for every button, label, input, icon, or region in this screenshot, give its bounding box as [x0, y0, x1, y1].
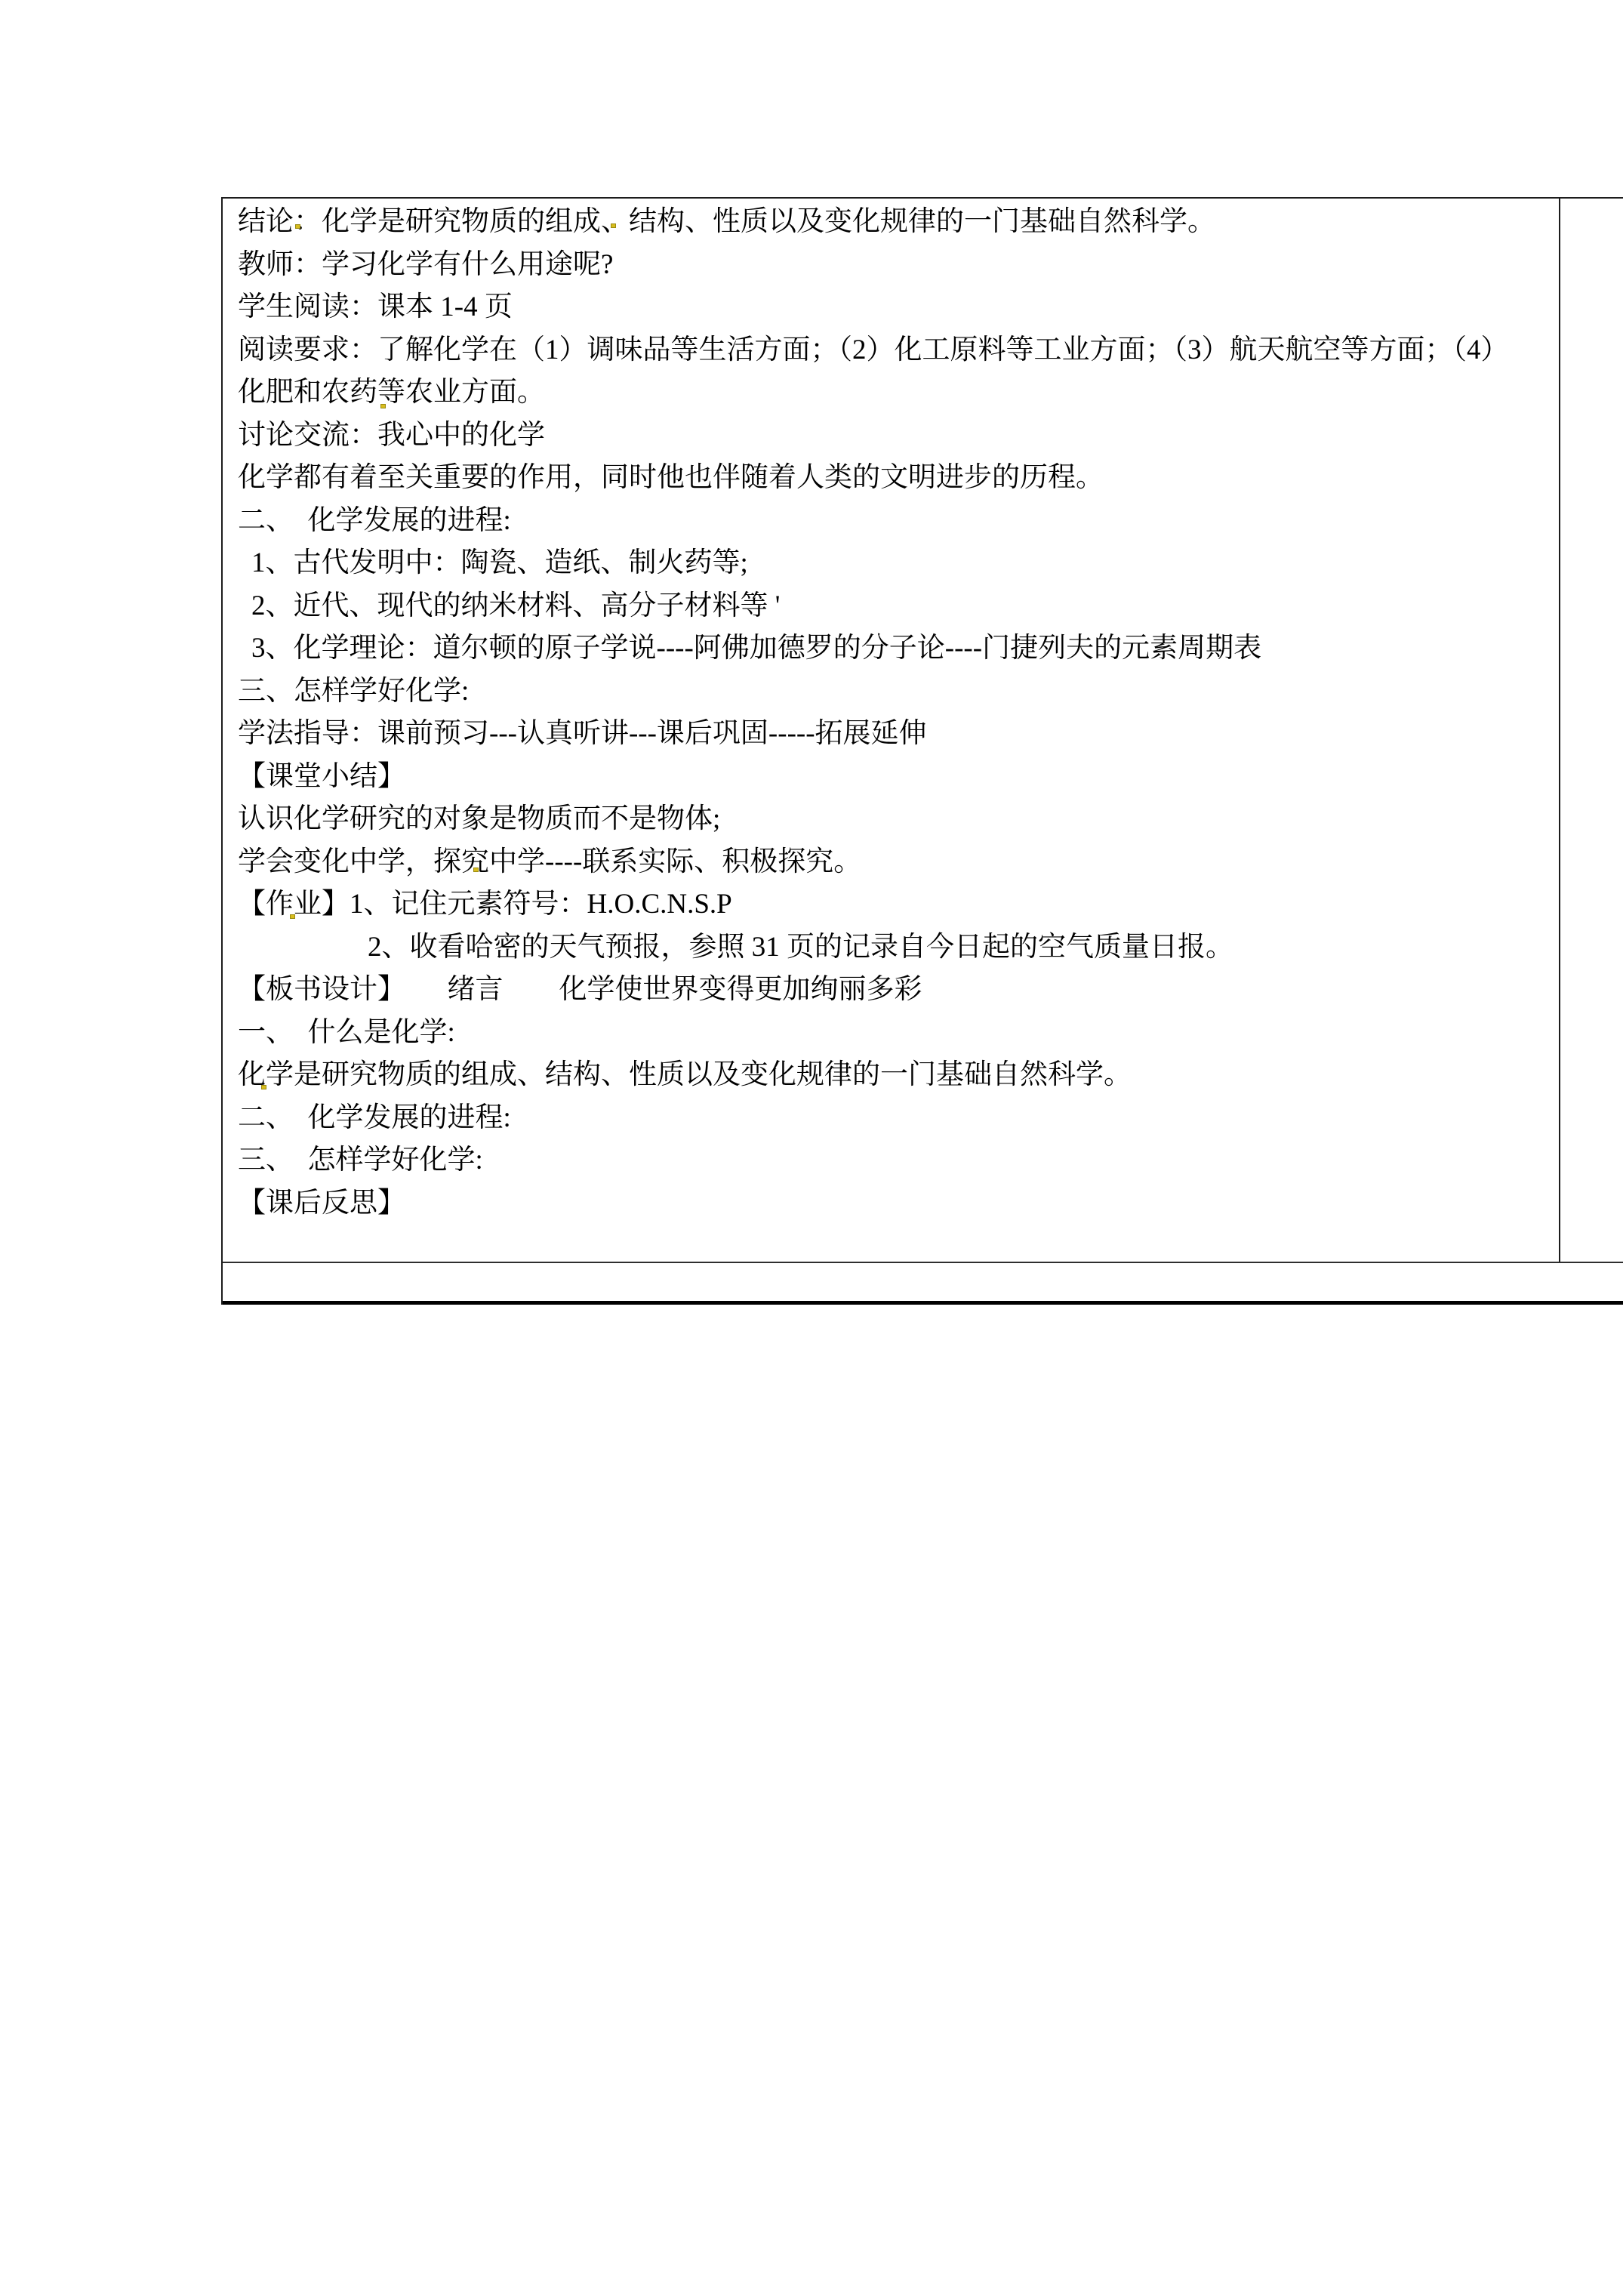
text-line: 二、 化学发展的进程:	[238, 500, 1548, 543]
text-line: 结论：化学是研究物质的组成、结构、性质以及变化规律的一门基础自然科学。	[238, 201, 1548, 244]
text-line: 讨论交流：我心中的化学	[238, 415, 1548, 458]
text-line: 学会变化中学，探究中学----联系实际、积极探究。	[238, 841, 1548, 884]
text-line: 2、收看哈密的天气预报，参照 31 页的记录自今日起的空气质量日报。	[238, 926, 1548, 969]
text-line: 认识化学研究的对象是物质而不是物体;	[238, 798, 1548, 841]
text-line: 一、 什么是化学:	[238, 1012, 1548, 1055]
lesson-content-cell: 结论：化学是研究物质的组成、结构、性质以及变化规律的一门基础自然科学。 教师：学…	[223, 199, 1560, 1262]
text-line: 二、 化学发展的进程:	[238, 1097, 1548, 1140]
text-line: 化学是研究物质的组成、结构、性质以及变化规律的一门基础自然科学。	[238, 1054, 1548, 1097]
text-line: 三、 怎样学好化学:	[238, 1139, 1548, 1182]
proofing-mark	[380, 404, 386, 408]
lesson-plan-table: 结论：化学是研究物质的组成、结构、性质以及变化规律的一门基础自然科学。 教师：学…	[221, 197, 1623, 1305]
proofing-mark	[611, 223, 616, 228]
text-line: 【板书设计】 绪言 化学使世界变得更加绚丽多彩	[238, 969, 1548, 1012]
text-line: 三、怎样学好化学:	[238, 670, 1548, 713]
right-edge-cell	[1560, 199, 1623, 1262]
text-line: 化肥和农药等农业方面。	[238, 371, 1548, 415]
proofing-mark	[295, 224, 300, 229]
text-line: 【课后反思】	[238, 1182, 1548, 1225]
empty-bottom-row	[223, 1262, 1623, 1305]
proofing-mark	[473, 868, 479, 872]
text-line: 2、近代、现代的纳米材料、高分子材料等 '	[238, 585, 1548, 628]
text-line: 【课堂小结】	[238, 756, 1548, 799]
text-line: 化学都有着至关重要的作用，同时他也伴随着人类的文明进步的历程。	[238, 457, 1548, 500]
proofing-mark	[261, 1085, 266, 1089]
proofing-mark	[290, 914, 295, 919]
document-page: 结论：化学是研究物质的组成、结构、性质以及变化规律的一门基础自然科学。 教师：学…	[0, 0, 1623, 2296]
table-main-row: 结论：化学是研究物质的组成、结构、性质以及变化规律的一门基础自然科学。 教师：学…	[223, 199, 1623, 1262]
text-line: 阅读要求：了解化学在（1）调味品等生活方面；（2）化工原料等工业方面；（3）航天…	[238, 329, 1548, 372]
text-line: 教师：学习化学有什么用途呢?	[238, 244, 1548, 287]
text-line: 3、化学理论：道尔顿的原子学说----阿佛加德罗的分子论----门捷列夫的元素周…	[238, 627, 1548, 670]
text-line: 学法指导：课前预习---认真听讲---课后巩固-----拓展延伸	[238, 713, 1548, 756]
text-line: 学生阅读：课本 1-4 页	[238, 286, 1548, 329]
text-line: 1、古代发明中：陶瓷、造纸、制火药等;	[238, 542, 1548, 585]
text-line: 【作业】1、记住元素符号：H.O.C.N.S.P	[238, 883, 1548, 926]
